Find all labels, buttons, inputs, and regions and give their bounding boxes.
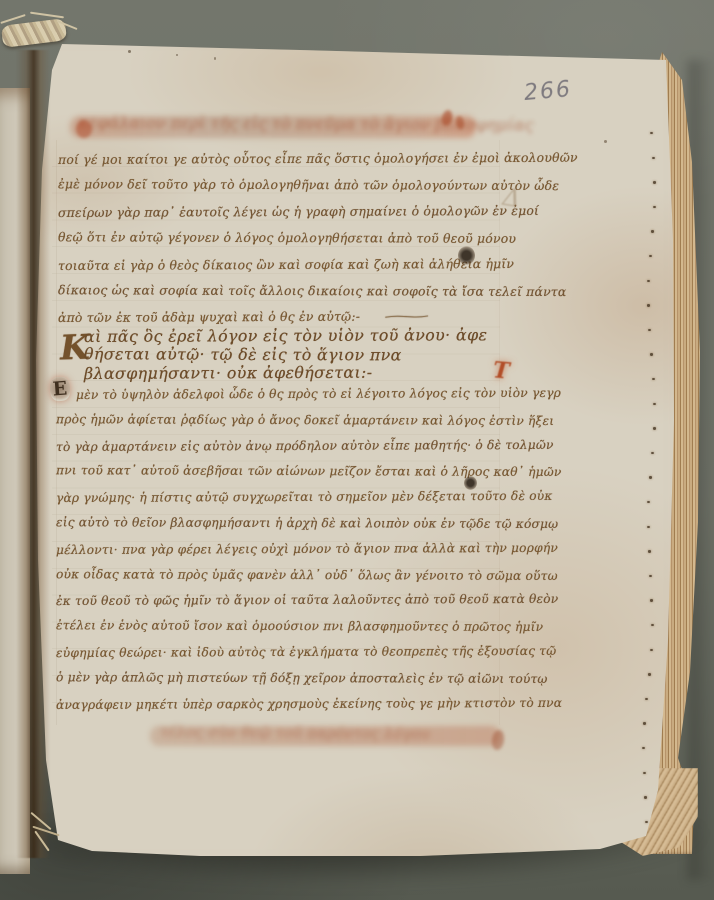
manuscript-page: 266 κεφάλαιον περὶ τῆς εἰς τὸ πνεῦμα τὸ … <box>0 0 714 900</box>
manuscript-text-line: τὸ γὰρ ἁμαρτάνειν εἰς αὐτὸν ἀνῳ πρόδηλον… <box>56 433 508 461</box>
pricking-hole <box>647 304 650 306</box>
pricking-hole <box>648 673 651 675</box>
manuscript-text-line: θεῷ ὅτι ἐν αὐτῷ γέγονεν ὁ λόγος ὁμολογηθ… <box>58 224 504 252</box>
pricking-hole <box>643 722 646 724</box>
decorated-initial-knot: Ε <box>49 376 71 401</box>
pricking-hole <box>645 821 648 823</box>
page-speck <box>604 140 607 143</box>
page-speck <box>214 57 216 60</box>
manuscript-text-line: μέλλοντι· πνα γὰρ φέρει λέγεις οὐχὶ μόνο… <box>56 536 508 564</box>
lemma-text-line: θήσεται αὐτῷ· τῷ δὲ εἰς τὸ ἅγιον πνα <box>84 345 514 365</box>
manuscript-text-line: μὲν τὸ ὑψηλὸν ἀδελφοὶ ὧδε ὁ θς πρὸς τὸ ε… <box>56 381 508 409</box>
pricking-hole <box>652 157 655 159</box>
ink-blotch <box>458 246 475 265</box>
manuscript-text-line: τοιαῦτα εἰ γὰρ ὁ θεὸς δίκαιος ὢν καὶ σοφ… <box>58 251 504 279</box>
tail-thread <box>34 831 49 852</box>
pricking-hole <box>644 796 647 798</box>
frayed-thread <box>30 12 64 19</box>
headband-endband <box>1 18 67 48</box>
lemma-text-line: αὶ πᾶς ὃς ἐρεῖ λόγον εἰς τὸν υἱὸν τοῦ ἀν… <box>84 326 514 346</box>
pricking-hole <box>650 599 653 601</box>
pricking-hole <box>650 353 653 355</box>
top-rubric-heading: κεφάλαιον περὶ τῆς εἰς τὸ πνεῦμα τὸ ἅγιο… <box>78 113 470 134</box>
red-margin-sign: Τ <box>492 357 511 384</box>
manuscript-text-line: εἰς αὐτὸ τὸ θεῖον βλασφημήσαντι ἡ ἀρχὴ δ… <box>56 510 508 537</box>
manuscript-text-line: σπείρων γὰρ παρ᾽ ἑαυτοῖς λέγει ὡς ἡ γραφ… <box>58 198 504 226</box>
tailband-endband <box>26 816 64 856</box>
photo-backdrop: 266 κεφάλαιον περὶ τῆς εἰς τὸ πνεῦμα τὸ … <box>0 0 714 900</box>
pricking-hole <box>653 206 656 208</box>
pricking-hole <box>647 501 650 503</box>
pricking-hole <box>651 624 654 626</box>
page-speck <box>176 54 178 56</box>
pricking-hole <box>651 230 654 232</box>
manuscript-text-line: πνι τοῦ κατ᾽ αὐτοῦ ἀσεβῆσαι τῶν αἰώνων μ… <box>56 459 508 486</box>
pricking-hole <box>645 698 648 700</box>
pricking-hole <box>650 132 653 134</box>
gospel-lemma-block: αὶ πᾶς ὃς ἐρεῖ λόγον εἰς τὸν υἱὸν τοῦ ἀν… <box>84 327 514 383</box>
pricking-hole <box>651 452 654 454</box>
red-ink-smudge <box>76 120 92 138</box>
pricking-hole <box>649 476 652 478</box>
pricking-hole <box>653 403 656 405</box>
lower-commentary-block: μὲν τὸ ὑψηλὸν ἀδελφοὶ ὧδε ὁ θς πρὸς τὸ ε… <box>56 382 508 717</box>
pricking-hole <box>647 526 650 528</box>
pricking-hole <box>648 550 651 552</box>
manuscript-text-line: ἐτέλει ἐν ἑνὸς αὐτοῦ ἴσον καὶ ὁμοούσιον … <box>56 613 508 640</box>
pricking-hole <box>652 378 655 380</box>
manuscript-text-line: ποί γέ μοι καίτοι γε αὐτὸς οὗτος εἶπε πᾶ… <box>58 145 504 173</box>
manuscript-text-line: ἀναγράφειν μηκέτι ὑπὲρ σαρκὸς χρησμοὺς ἐ… <box>56 691 508 719</box>
ink-blotch <box>464 476 477 490</box>
pricking-hole <box>648 329 651 331</box>
pricking-hole <box>643 772 646 774</box>
manuscript-text-line: ἐμὲ μόνον δεῖ τοῦτο γὰρ τὸ ὁμολογηθῆναι … <box>58 172 504 200</box>
manuscript-text-line: δίκαιος ὡς καὶ σοφία καὶ τοῖς ἄλλοις δικ… <box>58 277 504 305</box>
gutter-shadow <box>16 50 50 858</box>
manuscript-text-line: γὰρ γνώμης· ἡ πίστις αὐτῷ συγχωρεῖται τὸ… <box>56 484 508 512</box>
manuscript-text-line: οὐκ οἶδας κατὰ τὸ πρὸς ὑμᾶς φανὲν ἀλλ᾽ ο… <box>56 562 508 589</box>
manuscript-text-line: πρὸς ἡμῶν ἀφίεται ῥᾳδίως γὰρ ὁ ἄνος δοκε… <box>56 407 508 434</box>
manuscript-text-line: ἐκ τοῦ θεοῦ τὸ φῶς ἡμῖν τὸ ἅγιον οἱ ταῦτ… <box>56 587 508 615</box>
upper-commentary-block: ποί γέ μοι καίτοι γε αὐτὸς οὗτος εἶπε πᾶ… <box>58 146 504 331</box>
page-speck <box>128 50 131 53</box>
folio-number: 266 <box>523 77 573 106</box>
pricking-hole <box>642 747 645 749</box>
pricking-hole <box>653 427 656 429</box>
pricking-hole <box>650 649 653 651</box>
bottom-rubric-line: τέλος σὺν θεῷ τοῦ παρόντος λόγου <box>160 723 490 744</box>
pricking-hole <box>647 280 650 282</box>
manuscript-text-line: εὐφημίας θεώρει· καὶ ἰδοὺ αὐτὸς τὰ ἐγκλή… <box>56 639 508 667</box>
manuscript-text-line: ὁ μὲν γὰρ ἁπλῶς μὴ πιστεύων τῇ δόξῃ χεῖρ… <box>56 665 508 692</box>
pricking-hole <box>649 575 652 577</box>
pricking-hole <box>653 181 656 183</box>
pricking-hole <box>649 255 652 257</box>
